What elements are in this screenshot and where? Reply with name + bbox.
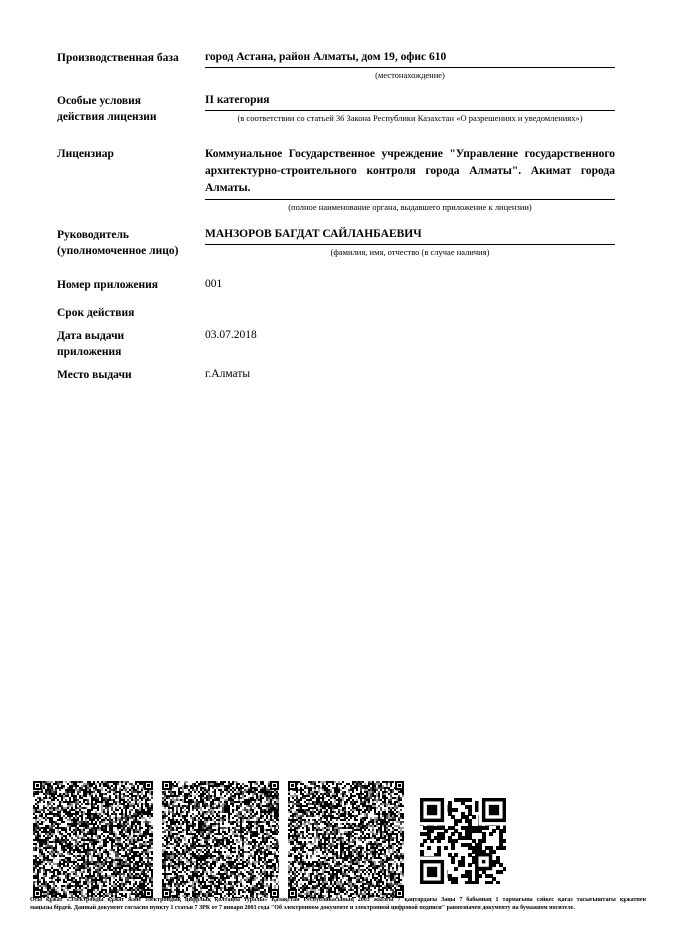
- field-label-text2: (уполномоченное лицо): [57, 243, 199, 259]
- license-appendix-page: Производственная база город Астана, райо…: [0, 0, 674, 949]
- signature-barcode-2: [162, 781, 279, 898]
- field-label-text: Особые условия: [57, 93, 199, 109]
- field-label-text: Лицензиар: [57, 146, 199, 162]
- field-value: город Астана, район Алматы, дом 19, офис…: [205, 50, 615, 68]
- field-value-cell: II категория (в соответствии со статьей …: [205, 93, 615, 125]
- field-caption: (в соответствии со статьей 36 Закона Рес…: [187, 111, 633, 124]
- field-value: МАНЗОРОВ БАГДАТ САЙЛАНБАЕВИЧ: [205, 227, 615, 245]
- field-label-text: Производственная база: [57, 50, 199, 66]
- field-label: Дата выдачи приложения: [57, 328, 205, 360]
- field-caption: (фамилия, имя, отчество (в случае наличи…: [187, 245, 633, 258]
- qr-code: [420, 798, 506, 884]
- field-value-cell: Коммунальное Государственное учреждение …: [205, 146, 615, 213]
- field-label: Особые условия действия лицензии: [57, 93, 205, 125]
- field-label-text: Срок действия: [57, 305, 199, 321]
- field-row-issue-date: Дата выдачи приложения 03.07.2018: [57, 328, 615, 360]
- field-label: Срок действия: [57, 305, 205, 321]
- signature-barcode-1: [33, 781, 153, 898]
- field-row-head: Руководитель (уполномоченное лицо) МАНЗО…: [57, 227, 615, 259]
- field-row-licensor: Лицензиар Коммунальное Государственное у…: [57, 146, 615, 213]
- field-value-cell: город Астана, район Алматы, дом 19, офис…: [205, 50, 615, 81]
- legal-footnote-line2: маңызы бірдей. Данный документ согласно …: [30, 905, 646, 913]
- legal-footnote: Осы құжат «Электронды құжат және электро…: [30, 897, 646, 912]
- field-label: Руководитель (уполномоченное лицо): [57, 227, 205, 259]
- field-value-cell: 001: [205, 277, 615, 293]
- field-row-issue-place: Место выдачи г.Алматы: [57, 367, 615, 383]
- field-label: Лицензиар: [57, 146, 205, 213]
- field-value: г.Алматы: [205, 367, 615, 382]
- field-value: Коммунальное Государственное учреждение …: [205, 146, 615, 200]
- legal-footnote-line1: Осы құжат «Электронды құжат және электро…: [30, 897, 646, 905]
- field-label: Место выдачи: [57, 367, 205, 383]
- field-caption: (местонахождение): [187, 68, 633, 81]
- field-value: 03.07.2018: [205, 328, 615, 343]
- field-value-cell: г.Алматы: [205, 367, 615, 383]
- field-value: II категория: [205, 93, 615, 111]
- field-row-validity-period: Срок действия: [57, 305, 615, 321]
- field-label-text2: действия лицензии: [57, 109, 199, 125]
- field-caption: (полное наименование органа, выдавшего п…: [187, 200, 633, 213]
- field-row-appendix-number: Номер приложения 001: [57, 277, 615, 293]
- field-label-text: Номер приложения: [57, 277, 199, 293]
- field-value: 001: [205, 277, 615, 292]
- field-row-production-base: Производственная база город Астана, райо…: [57, 50, 615, 81]
- field-value-cell: 03.07.2018: [205, 328, 615, 360]
- field-label-text: Руководитель: [57, 227, 199, 243]
- field-label-text2: приложения: [57, 344, 199, 360]
- field-value-cell: [205, 305, 615, 321]
- field-label-text: Место выдачи: [57, 367, 199, 383]
- field-label-text: Дата выдачи: [57, 328, 199, 344]
- fields-section: Производственная база город Астана, райо…: [57, 50, 615, 383]
- field-row-special-conditions: Особые условия действия лицензии II кате…: [57, 93, 615, 125]
- field-label: Производственная база: [57, 50, 205, 81]
- field-value-cell: МАНЗОРОВ БАГДАТ САЙЛАНБАЕВИЧ (фамилия, и…: [205, 227, 615, 259]
- signature-barcode-3: [288, 781, 404, 898]
- field-label: Номер приложения: [57, 277, 205, 293]
